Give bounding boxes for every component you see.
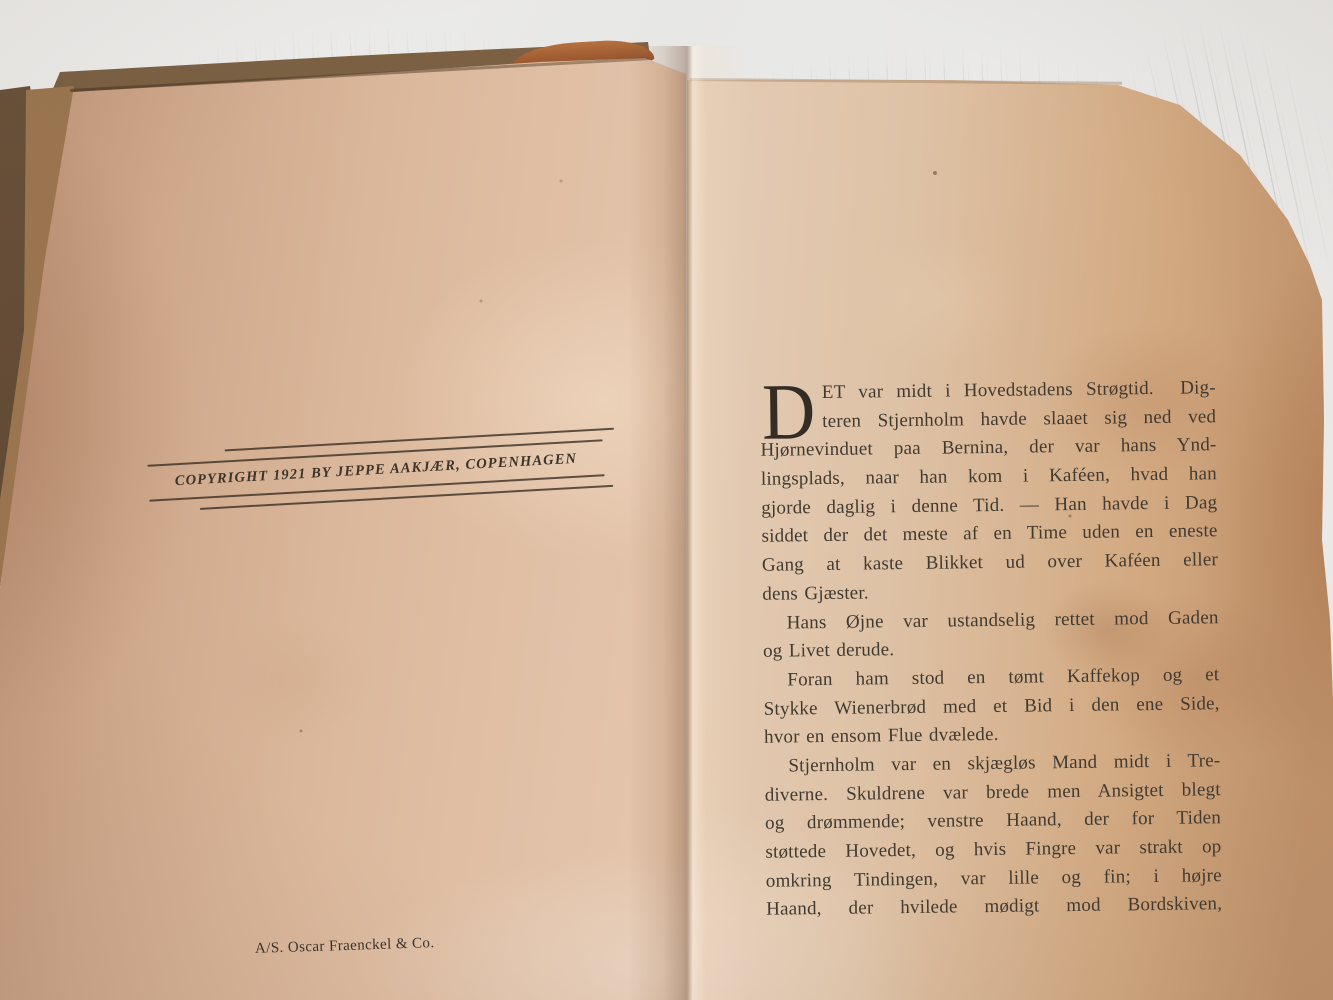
- body-text: D ET var midt i Hovedstadens Strøgtid. D…: [760, 374, 1223, 925]
- body-text-lines: ET var midt i Hovedstadens Strøgtid. Dig…: [760, 374, 1223, 925]
- drop-cap: D: [762, 372, 816, 453]
- copyright-text: COPYRIGHT 1921 BY JEPPE AAKJÆR, COPENHAG…: [148, 449, 604, 491]
- book-photo-scene: COPYRIGHT 1921 BY JEPPE AAKJÆR, COPENHAG…: [0, 0, 1333, 1000]
- paper-specks: [0, 0, 2, 2]
- text-line: Gang at kaste Blikket ud over Kaféen ell…: [762, 546, 1218, 580]
- text-line: Hans Øjne var ustandselig rettet mod Gad…: [762, 604, 1218, 638]
- text-line: Haand, der hvilede mødigt mod Bordskiven…: [766, 891, 1222, 925]
- text-line: Stykke Wienerbrød med et Bid i den ene S…: [764, 690, 1220, 724]
